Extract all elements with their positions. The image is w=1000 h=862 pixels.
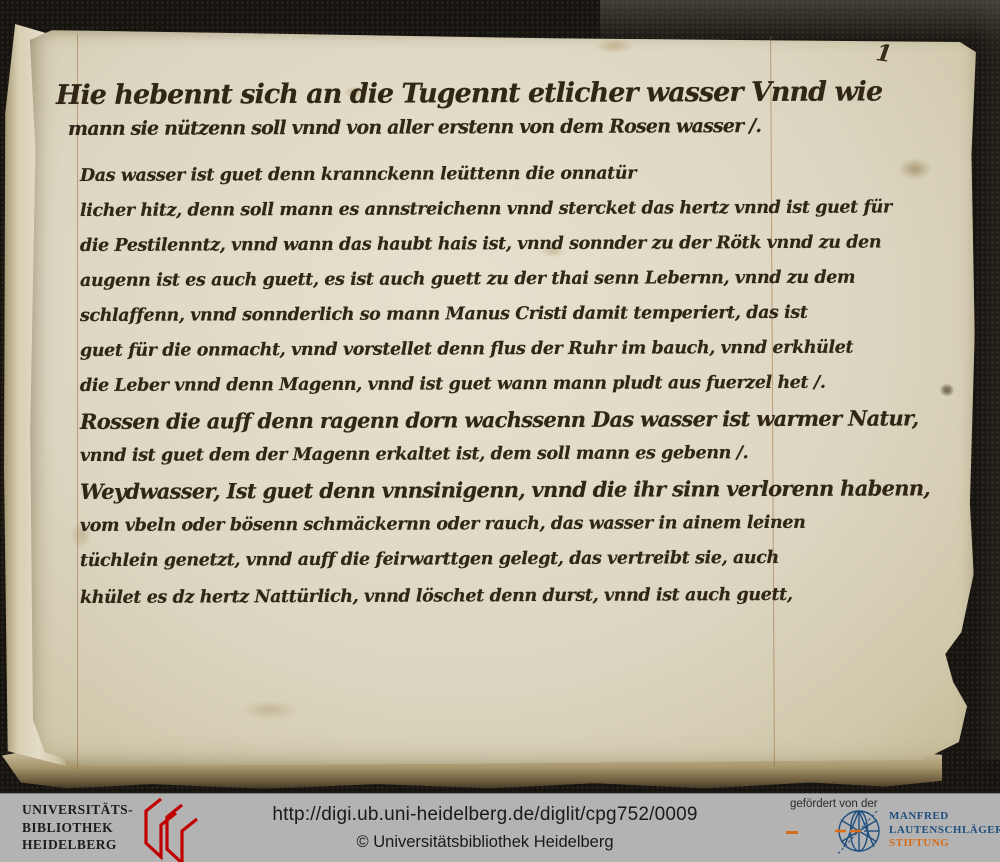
manuscript-line: vnnd ist guet dem der Magenn erkaltet is… (80, 443, 748, 466)
globe-compass-logo-icon (834, 807, 884, 857)
manuscript-text: Hie hebennt sich an die Tugennt etlicher… (80, 0, 840, 760)
manuscript-line: augenn ist es auch guett, es ist auch gu… (80, 268, 855, 291)
footer-banner: UNIVERSITÄTS- BIBLIOTHEK HEIDELBERG http… (0, 793, 1000, 862)
sponsor-name-line: MANFRED (889, 810, 1000, 824)
digitized-manuscript-view: 1 Hie hebennt sich an die Tugennt etlich… (0, 0, 1000, 862)
left-margin-ruling (77, 34, 78, 770)
manuscript-line: die Pestilenntz, vnnd wann das haubt hai… (80, 233, 881, 256)
manuscript-line: Das wasser ist guet denn krannckenn leüt… (80, 164, 636, 186)
manuscript-heading-line: Hie hebennt sich an die Tugennt etlicher… (56, 76, 882, 111)
manuscript-line: schlaffenn, vnnd sonnderlich so mann Man… (80, 303, 808, 326)
stain (898, 158, 932, 180)
manuscript-section-line: Weydwasser, Ist guet denn vnnsinigenn, v… (80, 475, 930, 504)
manuscript-line: vom vbeln oder bösenn schmäckernn oder r… (80, 513, 806, 536)
manuscript-section-line: Rossen die auff denn ragenn dorn wachsse… (80, 405, 919, 434)
cloth-highlight-right (974, 0, 1000, 760)
manuscript-line: tüchlein genetzt, vnnd auff die feirwart… (80, 548, 779, 571)
separator-dash (786, 831, 798, 834)
manuscript-line: khület es dz hertz Nattürlich, vnnd lösc… (80, 585, 793, 608)
manuscript-line: guet für die onmacht, vnnd vorstellet de… (80, 338, 853, 361)
sponsor-name: MANFRED LAUTENSCHLÄGER STIFTUNG (889, 810, 1000, 851)
copyright-text: © Universitätsbibliothek Heidelberg (0, 833, 970, 852)
sponsor-name-line: LAUTENSCHLÄGER (889, 824, 1000, 838)
sponsor-name-line: STIFTUNG (889, 837, 1000, 851)
stain (938, 382, 956, 398)
manuscript-heading-line: mann sie nützenn soll vnnd von aller ers… (68, 115, 761, 140)
manuscript-line: licher hitz, denn soll mann es annstreic… (80, 197, 892, 221)
manuscript-line: die Leber vnnd denn Magenn, vnnd ist gue… (80, 373, 826, 396)
